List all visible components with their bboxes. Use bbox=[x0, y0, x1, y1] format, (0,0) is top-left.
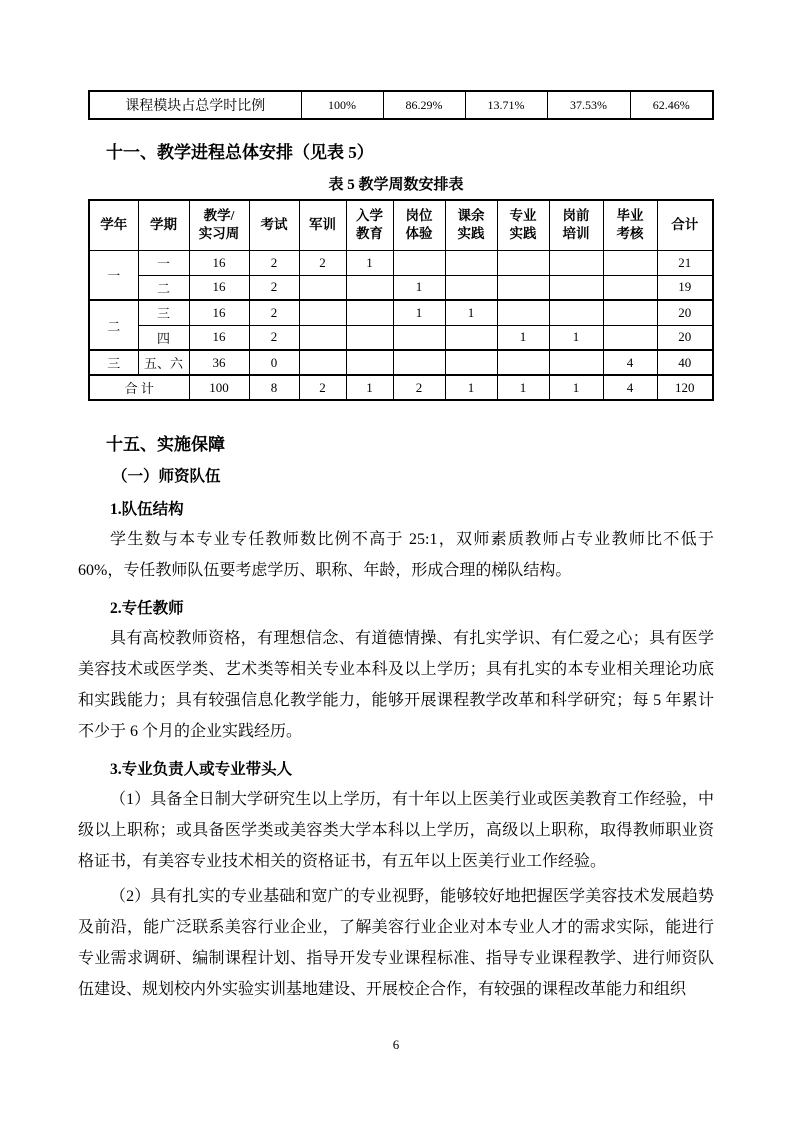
item-3-paragraph-1: （1）具备全日制大学研究生以上学历，有十年以上医美行业或医美教育工作经验，中级以… bbox=[78, 784, 714, 877]
year-cell: 一 bbox=[89, 250, 138, 300]
table-cell bbox=[299, 350, 346, 375]
ratio-value: 62.46% bbox=[630, 91, 713, 119]
table-cell bbox=[299, 275, 346, 300]
page-number: 6 bbox=[0, 1037, 792, 1053]
col-header: 入学 教育 bbox=[346, 200, 393, 250]
section-11-heading: 十一、教学进程总体安排（见表 5） bbox=[106, 142, 714, 163]
table-cell: 2 bbox=[299, 375, 346, 400]
table-cell bbox=[445, 325, 497, 350]
table-cell bbox=[346, 350, 393, 375]
table-cell: 1 bbox=[445, 375, 497, 400]
table-cell bbox=[497, 300, 549, 325]
table-header-row: 学年 学期 教学/ 实习周 考试 军训 入学 教育 岗位 体验 课余 实践 专业… bbox=[89, 200, 713, 250]
table-cell: 16 bbox=[189, 325, 249, 350]
col-header: 军训 bbox=[299, 200, 346, 250]
table-cell: 1 bbox=[346, 375, 393, 400]
course-module-ratio-table: 课程模块占总学时比例 100% 86.29% 13.71% 37.53% 62.… bbox=[88, 90, 714, 120]
table-cell: 1 bbox=[549, 375, 603, 400]
ratio-value: 37.53% bbox=[547, 91, 630, 119]
table-cell: 2 bbox=[249, 300, 299, 325]
ratio-value: 86.29% bbox=[383, 91, 465, 119]
table-cell bbox=[549, 350, 603, 375]
table-cell: 36 bbox=[189, 350, 249, 375]
col-header: 学期 bbox=[138, 200, 189, 250]
table-cell: 16 bbox=[189, 300, 249, 325]
col-header: 专业 实践 bbox=[497, 200, 549, 250]
total-label-cell: 合 计 bbox=[89, 375, 189, 400]
table-cell: 2 bbox=[249, 250, 299, 275]
term-cell: 五、六 bbox=[138, 350, 189, 375]
table-cell bbox=[299, 325, 346, 350]
table-row: 三 五、六 36 0 4 40 bbox=[89, 350, 713, 375]
term-cell: 三 bbox=[138, 300, 189, 325]
table-cell: 4 bbox=[603, 350, 657, 375]
table-cell bbox=[603, 275, 657, 300]
table-cell bbox=[393, 250, 445, 275]
table-cell bbox=[549, 250, 603, 275]
table-cell: 8 bbox=[249, 375, 299, 400]
col-header: 课余 实践 bbox=[445, 200, 497, 250]
table-cell: 1 bbox=[445, 300, 497, 325]
table-cell bbox=[346, 300, 393, 325]
term-cell: 四 bbox=[138, 325, 189, 350]
table-cell bbox=[393, 325, 445, 350]
table-cell: 19 bbox=[657, 275, 713, 300]
item-2-paragraph: 具有高校教师资格，有理想信念、有道德情操、有扎实学识、有仁爱之心；具有医学美容技… bbox=[78, 623, 714, 747]
table-row: 课程模块占总学时比例 100% 86.29% 13.71% 37.53% 62.… bbox=[89, 91, 713, 119]
col-header: 学年 bbox=[89, 200, 138, 250]
term-cell: 二 bbox=[138, 275, 189, 300]
table-cell: 1 bbox=[497, 325, 549, 350]
table-cell bbox=[549, 275, 603, 300]
table-cell bbox=[497, 350, 549, 375]
table-cell: 120 bbox=[657, 375, 713, 400]
table-cell: 1 bbox=[346, 250, 393, 275]
table-cell bbox=[497, 275, 549, 300]
col-header: 岗位 体验 bbox=[393, 200, 445, 250]
table-cell: 100 bbox=[189, 375, 249, 400]
table-cell: 1 bbox=[549, 325, 603, 350]
table-cell: 1 bbox=[497, 375, 549, 400]
table-cell bbox=[603, 250, 657, 275]
table-cell bbox=[299, 300, 346, 325]
table-cell bbox=[445, 250, 497, 275]
table-cell: 2 bbox=[393, 375, 445, 400]
term-cell: 一 bbox=[138, 250, 189, 275]
year-cell: 二 bbox=[89, 300, 138, 350]
col-header: 考试 bbox=[249, 200, 299, 250]
item-3-heading: 3.专业负责人或专业带头人 bbox=[110, 760, 714, 780]
col-header: 教学/ 实习周 bbox=[189, 200, 249, 250]
table5-title: 表 5 教学周数安排表 bbox=[78, 176, 714, 195]
table-cell bbox=[445, 350, 497, 375]
table-row: 二 三 16 2 1 1 20 bbox=[89, 300, 713, 325]
table-cell: 40 bbox=[657, 350, 713, 375]
table-cell bbox=[346, 325, 393, 350]
table-cell: 1 bbox=[393, 300, 445, 325]
table-total-row: 合 计 100 8 2 1 2 1 1 1 4 120 bbox=[89, 375, 713, 400]
table-cell: 1 bbox=[393, 275, 445, 300]
table-row: 四 16 2 1 1 20 bbox=[89, 325, 713, 350]
table-row: 一 一 16 2 2 1 21 bbox=[89, 250, 713, 275]
table-cell bbox=[549, 300, 603, 325]
table-cell bbox=[603, 325, 657, 350]
item-1-heading: 1.队伍结构 bbox=[110, 500, 714, 520]
table-cell bbox=[445, 275, 497, 300]
ratio-row-label: 课程模块占总学时比例 bbox=[89, 91, 301, 119]
table-cell: 2 bbox=[249, 325, 299, 350]
item-3-paragraph-2: （2）具有扎实的专业基础和宽广的专业视野，能够较好地把握医学美容技术发展趋势及前… bbox=[78, 881, 714, 1005]
table-cell bbox=[346, 275, 393, 300]
table-cell: 2 bbox=[299, 250, 346, 275]
teaching-weeks-table: 学年 学期 教学/ 实习周 考试 军训 入学 教育 岗位 体验 课余 实践 专业… bbox=[88, 199, 714, 401]
table-row: 二 16 2 1 19 bbox=[89, 275, 713, 300]
table-cell bbox=[393, 350, 445, 375]
table-cell bbox=[603, 300, 657, 325]
table-cell bbox=[497, 250, 549, 275]
item-1-paragraph: 学生数与本专业专任教师数比例不高于 25:1，双师素质教师占专业教师比不低于 6… bbox=[78, 524, 714, 586]
subsection-1-heading: （一）师资队伍 bbox=[112, 466, 714, 487]
document-page: 课程模块占总学时比例 100% 86.29% 13.71% 37.53% 62.… bbox=[0, 0, 792, 1121]
table-cell: 21 bbox=[657, 250, 713, 275]
col-header: 合计 bbox=[657, 200, 713, 250]
col-header: 岗前 培训 bbox=[549, 200, 603, 250]
item-2-heading: 2.专任教师 bbox=[110, 599, 714, 619]
ratio-value: 13.71% bbox=[465, 91, 547, 119]
table-cell: 4 bbox=[603, 375, 657, 400]
table-cell: 16 bbox=[189, 250, 249, 275]
table-cell: 2 bbox=[249, 275, 299, 300]
col-header: 毕业 考核 bbox=[603, 200, 657, 250]
ratio-value: 100% bbox=[301, 91, 383, 119]
year-cell: 三 bbox=[89, 350, 138, 375]
table-cell: 16 bbox=[189, 275, 249, 300]
section-15-heading: 十五、实施保障 bbox=[106, 434, 714, 455]
table-cell: 20 bbox=[657, 300, 713, 325]
table-cell: 0 bbox=[249, 350, 299, 375]
table-cell: 20 bbox=[657, 325, 713, 350]
